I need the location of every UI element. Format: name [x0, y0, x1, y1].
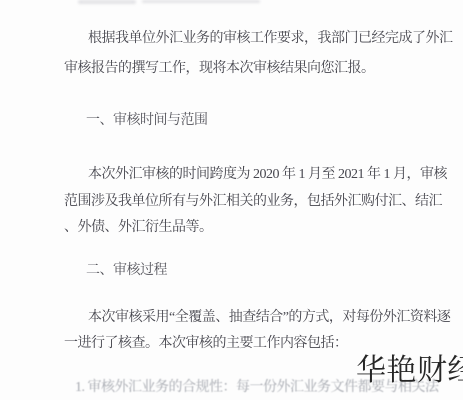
section-1-paragraph-line: 本次外汇审核的时间跨度为 2020 年 1 月至 2021 年 1 月，审核 — [88, 166, 447, 184]
section-2-paragraph-line: 本次审核采用“全覆盖、抽查结合”的方式，对每份外汇资料逐 — [88, 309, 450, 327]
watermark-text: 华艳财经 — [356, 354, 463, 388]
section-heading-2: 二、审核过程 — [86, 262, 167, 280]
scanned-document-page: 根据我单位外汇业务的审核工作要求，我部门已经完成了外汇 审核报告的撰写工作，现将… — [0, 0, 463, 400]
cutoff-text-remnant — [142, 0, 260, 3]
section-1-paragraph-line: 、外债、外汇衍生品等。 — [64, 219, 213, 237]
section-heading-1: 一、审核时间与范围 — [86, 112, 208, 130]
intro-paragraph-line: 审核报告的撰写工作，现将本次审核结果向您汇报。 — [64, 60, 375, 78]
cutoff-text-remnant — [78, 0, 136, 4]
section-1-paragraph-line: 范围涉及我单位所有与外汇相关的业务，包括外汇购付汇、结汇 — [64, 193, 442, 211]
intro-paragraph-line: 根据我单位外汇业务的审核工作要求，我部门已经完成了外汇 — [88, 30, 453, 48]
section-2-paragraph-line: 一进行了核查。本次审核的主要工作内容包括： — [64, 335, 348, 353]
